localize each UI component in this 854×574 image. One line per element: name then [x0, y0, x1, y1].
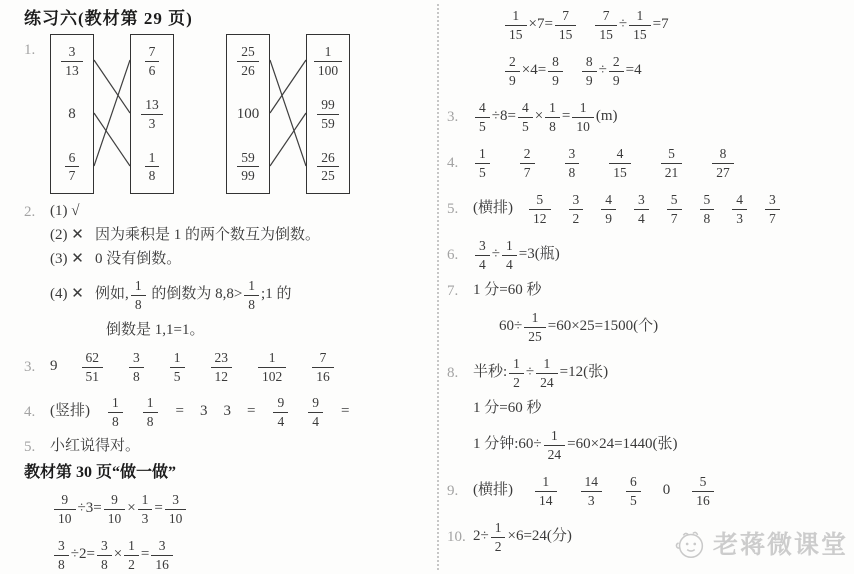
math-text: 1 分=60 秒	[473, 281, 541, 301]
math-text: 半秒:	[473, 363, 507, 383]
question-3-right: 3. 45÷8=45×18=110(m)	[447, 94, 850, 140]
match-item: 313	[51, 35, 93, 88]
math-text: =3(瓶)	[519, 245, 560, 265]
fraction: 124	[536, 356, 558, 390]
question-1: 1. 3138677613318 25261005999110099592625	[24, 34, 437, 200]
fraction: 124	[544, 428, 566, 462]
fraction: 827	[712, 146, 734, 180]
question-3: 3. 96251381523121102716	[24, 344, 437, 390]
fraction: 521	[661, 146, 683, 180]
match-item: 67	[51, 140, 93, 193]
question-2: 2. (1) √ (2) ✕ 因为乘积是 1 的两个数互为倒数。 (3) ✕ 0…	[24, 200, 437, 344]
math-text: (横排)	[473, 199, 513, 219]
fraction: 143	[581, 474, 603, 508]
match-box: 25261005999	[226, 34, 270, 194]
answer-line: (横排)51232493457584337	[473, 186, 782, 232]
fraction: 715	[555, 8, 577, 42]
question-number: 2.	[24, 200, 50, 224]
fraction: 910	[104, 492, 126, 526]
question-number: 5.	[24, 434, 50, 460]
question-5-right: 5. (横排)51232493457584337	[447, 186, 850, 232]
fraction: 2312	[211, 350, 233, 384]
math-text: (2) ✕ 因为乘积是 1 的两个数互为倒数。	[50, 226, 320, 246]
fraction: 2526	[237, 44, 259, 78]
math-text: ÷	[619, 15, 627, 35]
fraction: 14	[502, 238, 517, 272]
fraction: 715	[595, 8, 617, 42]
question-7-right: 7. 1 分=60 秒 60÷125=60×25=1500(个)	[447, 278, 850, 350]
math-text: =4	[626, 61, 642, 81]
fraction: 76	[145, 44, 160, 78]
answer-line: 152738415521827	[473, 140, 736, 186]
answer-line: 96251381523121102716	[50, 344, 336, 390]
fraction: 516	[692, 474, 714, 508]
answer-line: 2÷12×6=24(分)	[473, 514, 572, 560]
question-number: 6.	[447, 232, 473, 278]
fraction: 49	[601, 192, 616, 226]
question-number: 7.	[447, 278, 473, 304]
math-text: (4) ✕ 例如,	[50, 285, 129, 305]
math-text: ×	[114, 545, 122, 565]
answer-line: (3) ✕ 0 没有倒数。	[50, 248, 437, 272]
fraction: 716	[312, 350, 334, 384]
fraction: 12	[491, 520, 506, 554]
matching-box-group-1: 3138677613318	[50, 34, 174, 194]
fraction: 1102	[258, 350, 286, 384]
fraction: 38	[97, 538, 112, 572]
math-text: 的倒数为 8,8>	[148, 285, 243, 305]
fraction: 15	[475, 146, 490, 180]
fraction: 94	[308, 395, 323, 429]
answer-line: 34÷14=3(瓶)	[473, 232, 560, 278]
question-number: 4.	[24, 390, 50, 434]
answer-line: 小红说得对。	[50, 434, 140, 460]
question-5: 5. 小红说得对。	[24, 434, 437, 460]
math-text: 1 分钟:60÷	[473, 435, 542, 455]
fraction: 115	[629, 8, 651, 42]
fraction: 45	[475, 100, 490, 134]
fraction: 15	[170, 350, 185, 384]
math-text: 3	[223, 402, 231, 422]
workbook-answer-page: 练习六(教材第 29 页) 1. 3138677613318 252610059…	[0, 0, 854, 574]
math-text: 60÷	[499, 317, 522, 337]
question-4: 4. (竖排)1818=33=9494=	[24, 390, 437, 434]
question-9-right: 9. (横排)114143650516	[447, 468, 850, 514]
fraction: 13	[138, 492, 153, 526]
math-text: ×7=	[529, 15, 553, 35]
question-10-right: 10. 2÷12×6=24(分)	[447, 514, 850, 560]
answer-line: 倒数是 1,1=1。	[50, 318, 437, 344]
question-number: 8.	[447, 350, 473, 396]
math-text: =60×24=1440(张)	[567, 435, 677, 455]
fraction: 133	[141, 97, 163, 131]
fraction: 18	[143, 395, 158, 429]
match-box: 313867	[50, 34, 94, 194]
fraction: 1100	[314, 44, 342, 78]
fraction: 110	[572, 100, 594, 134]
answer-line: 60÷125=60×25=1500(个)	[473, 304, 850, 350]
fraction: 9959	[317, 97, 339, 131]
answer-line: 45÷8=45×18=110(m)	[473, 94, 618, 140]
question-7-body: 1 分=60 秒 60÷125=60×25=1500(个)	[473, 278, 850, 350]
math-text: ÷	[492, 245, 500, 265]
math-text: ×	[127, 499, 135, 519]
match-item: 2625	[307, 140, 349, 193]
math-text: 1 分=60 秒	[473, 399, 541, 419]
fraction: 12	[124, 538, 139, 572]
match-lines	[270, 34, 306, 192]
answer-line: (2) ✕ 因为乘积是 1 的两个数互为倒数。	[50, 224, 437, 248]
math-text: ÷8=	[492, 107, 516, 127]
fraction: 45	[518, 100, 533, 134]
match-box: 7613318	[130, 34, 174, 194]
match-item: 100	[227, 88, 269, 141]
math-text: =	[141, 545, 149, 565]
fraction: 512	[529, 192, 551, 226]
fraction: 12	[509, 356, 524, 390]
match-item: 1100	[307, 35, 349, 88]
fraction: 18	[108, 395, 123, 429]
fraction: 38	[54, 538, 69, 572]
fraction: 57	[667, 192, 682, 226]
math-text: ×4=	[522, 61, 546, 81]
fraction: 29	[609, 54, 624, 88]
question-8-body: 半秒:12÷124=12(张) 1 分=60 秒 1 分钟:60÷124=60×…	[473, 350, 850, 468]
fraction: 18	[145, 150, 160, 184]
math-text: (m)	[596, 107, 618, 127]
math-text: =	[176, 402, 184, 422]
fraction: 27	[520, 146, 535, 180]
fraction: 115	[505, 8, 527, 42]
fraction: 34	[634, 192, 649, 226]
matching-box-group-2: 25261005999110099592625	[226, 34, 350, 194]
fraction: 415	[609, 146, 631, 180]
math-text: =	[341, 402, 349, 422]
answer-line: (横排)114143650516	[473, 468, 716, 514]
fraction: 58	[700, 192, 715, 226]
fraction: 910	[54, 492, 76, 526]
fraction: 125	[524, 310, 546, 344]
fraction: 2625	[317, 150, 339, 184]
question-number: 1.	[24, 38, 50, 62]
section-subheader: 教材第 30 页“做一做”	[24, 460, 437, 486]
math-text: 倒数是 1,1=1。	[106, 321, 204, 341]
math-text: =	[154, 499, 162, 519]
math-text: 0	[663, 481, 671, 501]
math-text: ÷	[599, 61, 607, 81]
math-text: (3) ✕ 0 没有倒数。	[50, 250, 181, 270]
fraction: 29	[505, 54, 520, 88]
match-item: 9959	[307, 88, 349, 141]
fraction: 316	[151, 538, 173, 572]
fraction: 18	[244, 278, 259, 312]
math-text: (1) √	[50, 202, 79, 222]
question-4-right: 4. 152738415521827	[447, 140, 850, 186]
fraction: 94	[273, 395, 288, 429]
match-item: 133	[131, 88, 173, 141]
match-item: 76	[131, 35, 173, 88]
math-text: 9	[50, 357, 58, 377]
answer-line: (1) √	[50, 200, 437, 224]
fraction: 6251	[82, 350, 104, 384]
math-text: ×	[535, 107, 543, 127]
question-number: 5.	[447, 186, 473, 232]
match-item: 2526	[227, 35, 269, 88]
question-number: 3.	[24, 344, 50, 390]
answer-line: 1 分=60 秒	[473, 278, 850, 304]
math-text: =60×25=1500(个)	[548, 317, 658, 337]
match-item: 8	[51, 88, 93, 141]
match-item: 18	[131, 140, 173, 193]
math-text: ÷2=	[71, 545, 95, 565]
math-text	[578, 15, 593, 35]
match-item: 5999	[227, 140, 269, 193]
fraction: 89	[548, 54, 563, 88]
fraction: 37	[765, 192, 780, 226]
fraction: 38	[565, 146, 580, 180]
fraction: 67	[65, 150, 80, 184]
match-box: 110099592625	[306, 34, 350, 194]
fraction: 114	[535, 474, 557, 508]
answer-line: 1 分钟:60÷124=60×24=1440(张)	[473, 422, 850, 468]
question-6-right: 6. 34÷14=3(瓶)	[447, 232, 850, 278]
practice-equation-1: 910÷3=910×13=310	[24, 486, 437, 532]
math-text: (横排)	[473, 481, 513, 501]
answer-text: 小红说得对。	[50, 437, 140, 457]
math-text: =	[247, 402, 255, 422]
fraction: 313	[61, 44, 83, 78]
match-lines	[94, 34, 130, 192]
math-text: 2÷	[473, 527, 489, 547]
math-text: =12(张)	[560, 363, 608, 383]
question-number: 4.	[447, 140, 473, 186]
question-2-body: (1) √ (2) ✕ 因为乘积是 1 的两个数互为倒数。 (3) ✕ 0 没有…	[50, 200, 437, 344]
math-text: ×6=24(分)	[507, 527, 571, 547]
fraction: 89	[582, 54, 597, 88]
math-text: ;1 的	[261, 285, 291, 305]
fraction: 18	[545, 100, 560, 134]
fraction: 5999	[237, 150, 259, 184]
math-text: ÷	[526, 363, 534, 383]
fraction: 65	[626, 474, 641, 508]
fraction: 32	[569, 192, 584, 226]
question-8-right: 8. 半秒:12÷124=12(张) 1 分=60 秒 1 分钟:60÷124=…	[447, 350, 850, 468]
answer-line: (4) ✕ 例如,18 的倒数为 8,8>18;1 的	[50, 272, 437, 318]
math-text: =	[562, 107, 570, 127]
question-number: 3.	[447, 94, 473, 140]
fraction: 38	[129, 350, 144, 384]
left-column: 练习六(教材第 29 页) 1. 3138677613318 252610059…	[0, 0, 437, 574]
answer-line: 半秒:12÷124=12(张)	[473, 350, 850, 396]
fraction: 34	[475, 238, 490, 272]
fraction: 18	[131, 278, 146, 312]
practice-equation-2: 38÷2=38×12=316	[24, 532, 437, 574]
answer-line: 1 分=60 秒	[473, 396, 850, 422]
fraction: 43	[732, 192, 747, 226]
fraction: 310	[165, 492, 187, 526]
answer-line: (竖排)1818=33=9494=	[50, 390, 349, 434]
right-column: 115×7=715 715÷115=7 29×4=89 89÷29=4 3. 4…	[439, 0, 854, 574]
question-number: 10.	[447, 514, 473, 560]
math-text: 3	[200, 402, 208, 422]
answer-line: 115×7=715 715÷115=7	[447, 2, 850, 48]
math-text: ÷3=	[78, 499, 102, 519]
math-text: =7	[653, 15, 669, 35]
math-text: (竖排)	[50, 402, 90, 422]
answer-line: 29×4=89 89÷29=4	[447, 48, 850, 94]
math-text	[565, 61, 580, 81]
page-title: 练习六(教材第 29 页)	[24, 6, 437, 32]
question-number: 9.	[447, 468, 473, 514]
